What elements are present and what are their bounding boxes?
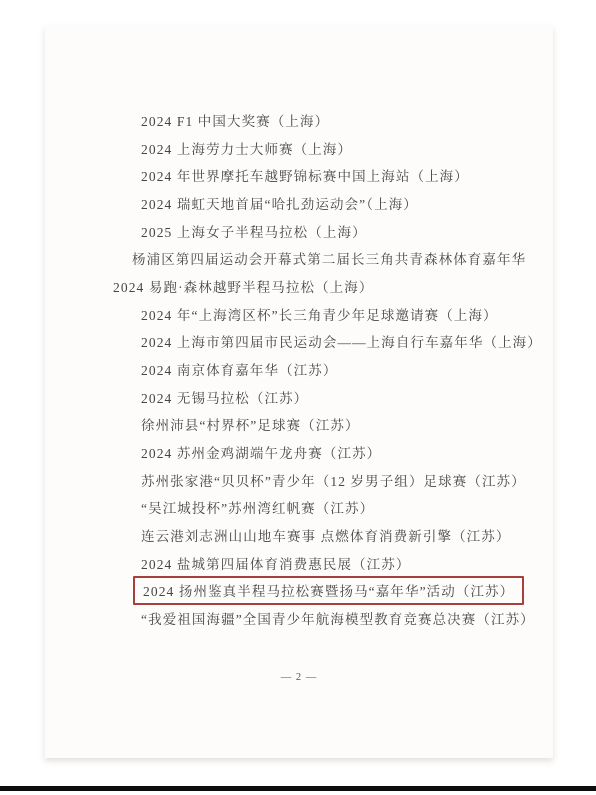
scanned-document-canvas: 2024 F1 中国大奖赛（上海） 2024 上海劳力士大师赛（上海） 2024… — [0, 0, 596, 795]
event-name-text: 2024 苏州金鸡湖端午龙舟赛（江苏） — [141, 442, 381, 462]
event-list-item: 2024 上海市第四届市民运动会——上海自行车嘉年华（上海） — [113, 328, 539, 356]
event-name-text: 杨浦区第四届运动会开幕式第二届长三角共青森林体育嘉年华 — [132, 248, 526, 268]
event-name-text: 2024 扬州鉴真半程马拉松赛暨扬马“嘉年华”活动（江苏） — [133, 576, 524, 605]
event-list-item: 2024 上海劳力士大师赛（上海） — [113, 134, 539, 162]
bottom-black-bar — [0, 786, 596, 791]
event-list-item: 2025 上海女子半程马拉松（上海） — [113, 217, 539, 245]
event-name-text: 2024 上海劳力士大师赛（上海） — [141, 138, 352, 158]
event-name-text: 2024 南京体育嘉年华（江苏） — [141, 359, 337, 379]
event-list-item: 2024 年世界摩托车越野锦标赛中国上海站（上海） — [113, 161, 539, 189]
event-name-text: 2024 年世界摩托车越野锦标赛中国上海站（上海） — [141, 165, 469, 185]
event-list-item: 苏州张家港“贝贝杯”青少年（12 岁男子组）足球赛（江苏） — [113, 466, 539, 494]
event-list-item: 2024 F1 中国大奖赛（上海） — [113, 106, 539, 134]
page-number: — 2 — — [45, 672, 553, 683]
event-name-text: 2024 上海市第四届市民运动会——上海自行车嘉年华（上海） — [141, 331, 542, 351]
event-list-item: 2024 苏州金鸡湖端午龙舟赛（江苏） — [113, 438, 539, 466]
event-list-item: 2024 南京体育嘉年华（江苏） — [113, 355, 539, 383]
event-list-item: 杨浦区第四届运动会开幕式第二届长三角共青森林体育嘉年华 — [113, 244, 539, 272]
event-name-text: 2024 年“上海湾区杯”长三角青少年足球邀请赛（上海） — [141, 304, 498, 324]
event-name-text: 2024 F1 中国大奖赛（上海） — [141, 110, 329, 130]
event-list-item: “吴江城投杯”苏州湾红帆赛（江苏） — [113, 494, 539, 522]
event-name-text: 2025 上海女子半程马拉松（上海） — [141, 221, 367, 241]
event-name-text: 2024 瑞虹天地首届“哈扎劲运动会”（上海） — [141, 193, 418, 213]
event-name-text: 徐州沛县“村界杯”足球赛（江苏） — [141, 414, 360, 434]
event-list-item: “我爱祖国海疆”全国青少年航海模型教育竞赛总决赛（江苏） — [113, 604, 539, 632]
event-list-item: 2024 年“上海湾区杯”长三角青少年足球邀请赛（上海） — [113, 300, 539, 328]
event-name-text: 连云港刘志洲山山地车赛事 点燃体育消费新引擎（江苏） — [141, 525, 510, 545]
event-list-item: 徐州沛县“村界杯”足球赛（江苏） — [113, 411, 539, 439]
event-name-text: 2024 盐城第四届体育消费惠民展（江苏） — [141, 553, 410, 573]
event-name-text: “我爱祖国海疆”全国青少年航海模型教育竞赛总决赛（江苏） — [141, 608, 535, 628]
event-list-item: 2024 瑞虹天地首届“哈扎劲运动会”（上海） — [113, 189, 539, 217]
document-page: 2024 F1 中国大奖赛（上海） 2024 上海劳力士大师赛（上海） 2024… — [45, 26, 553, 758]
event-list-item: 连云港刘志洲山山地车赛事 点燃体育消费新引擎（江苏） — [113, 521, 539, 549]
event-list: 2024 F1 中国大奖赛（上海） 2024 上海劳力士大师赛（上海） 2024… — [113, 106, 539, 632]
event-list-item: 2024 盐城第四届体育消费惠民展（江苏） — [113, 549, 539, 577]
event-list-item: 2024 无锡马拉松（江苏） — [113, 383, 539, 411]
event-name-text: “吴江城投杯”苏州湾红帆赛（江苏） — [141, 497, 374, 517]
event-name-text: 苏州张家港“贝贝杯”青少年（12 岁男子组）足球赛（江苏） — [141, 470, 526, 490]
event-list-item-highlighted: 2024 扬州鉴真半程马拉松赛暨扬马“嘉年华”活动（江苏） — [113, 577, 539, 605]
event-list-item: 2024 易跑·森林越野半程马拉松（上海） — [113, 272, 539, 300]
event-name-text: 2024 无锡马拉松（江苏） — [141, 387, 308, 407]
event-name-text: 2024 易跑·森林越野半程马拉松（上海） — [113, 276, 373, 296]
